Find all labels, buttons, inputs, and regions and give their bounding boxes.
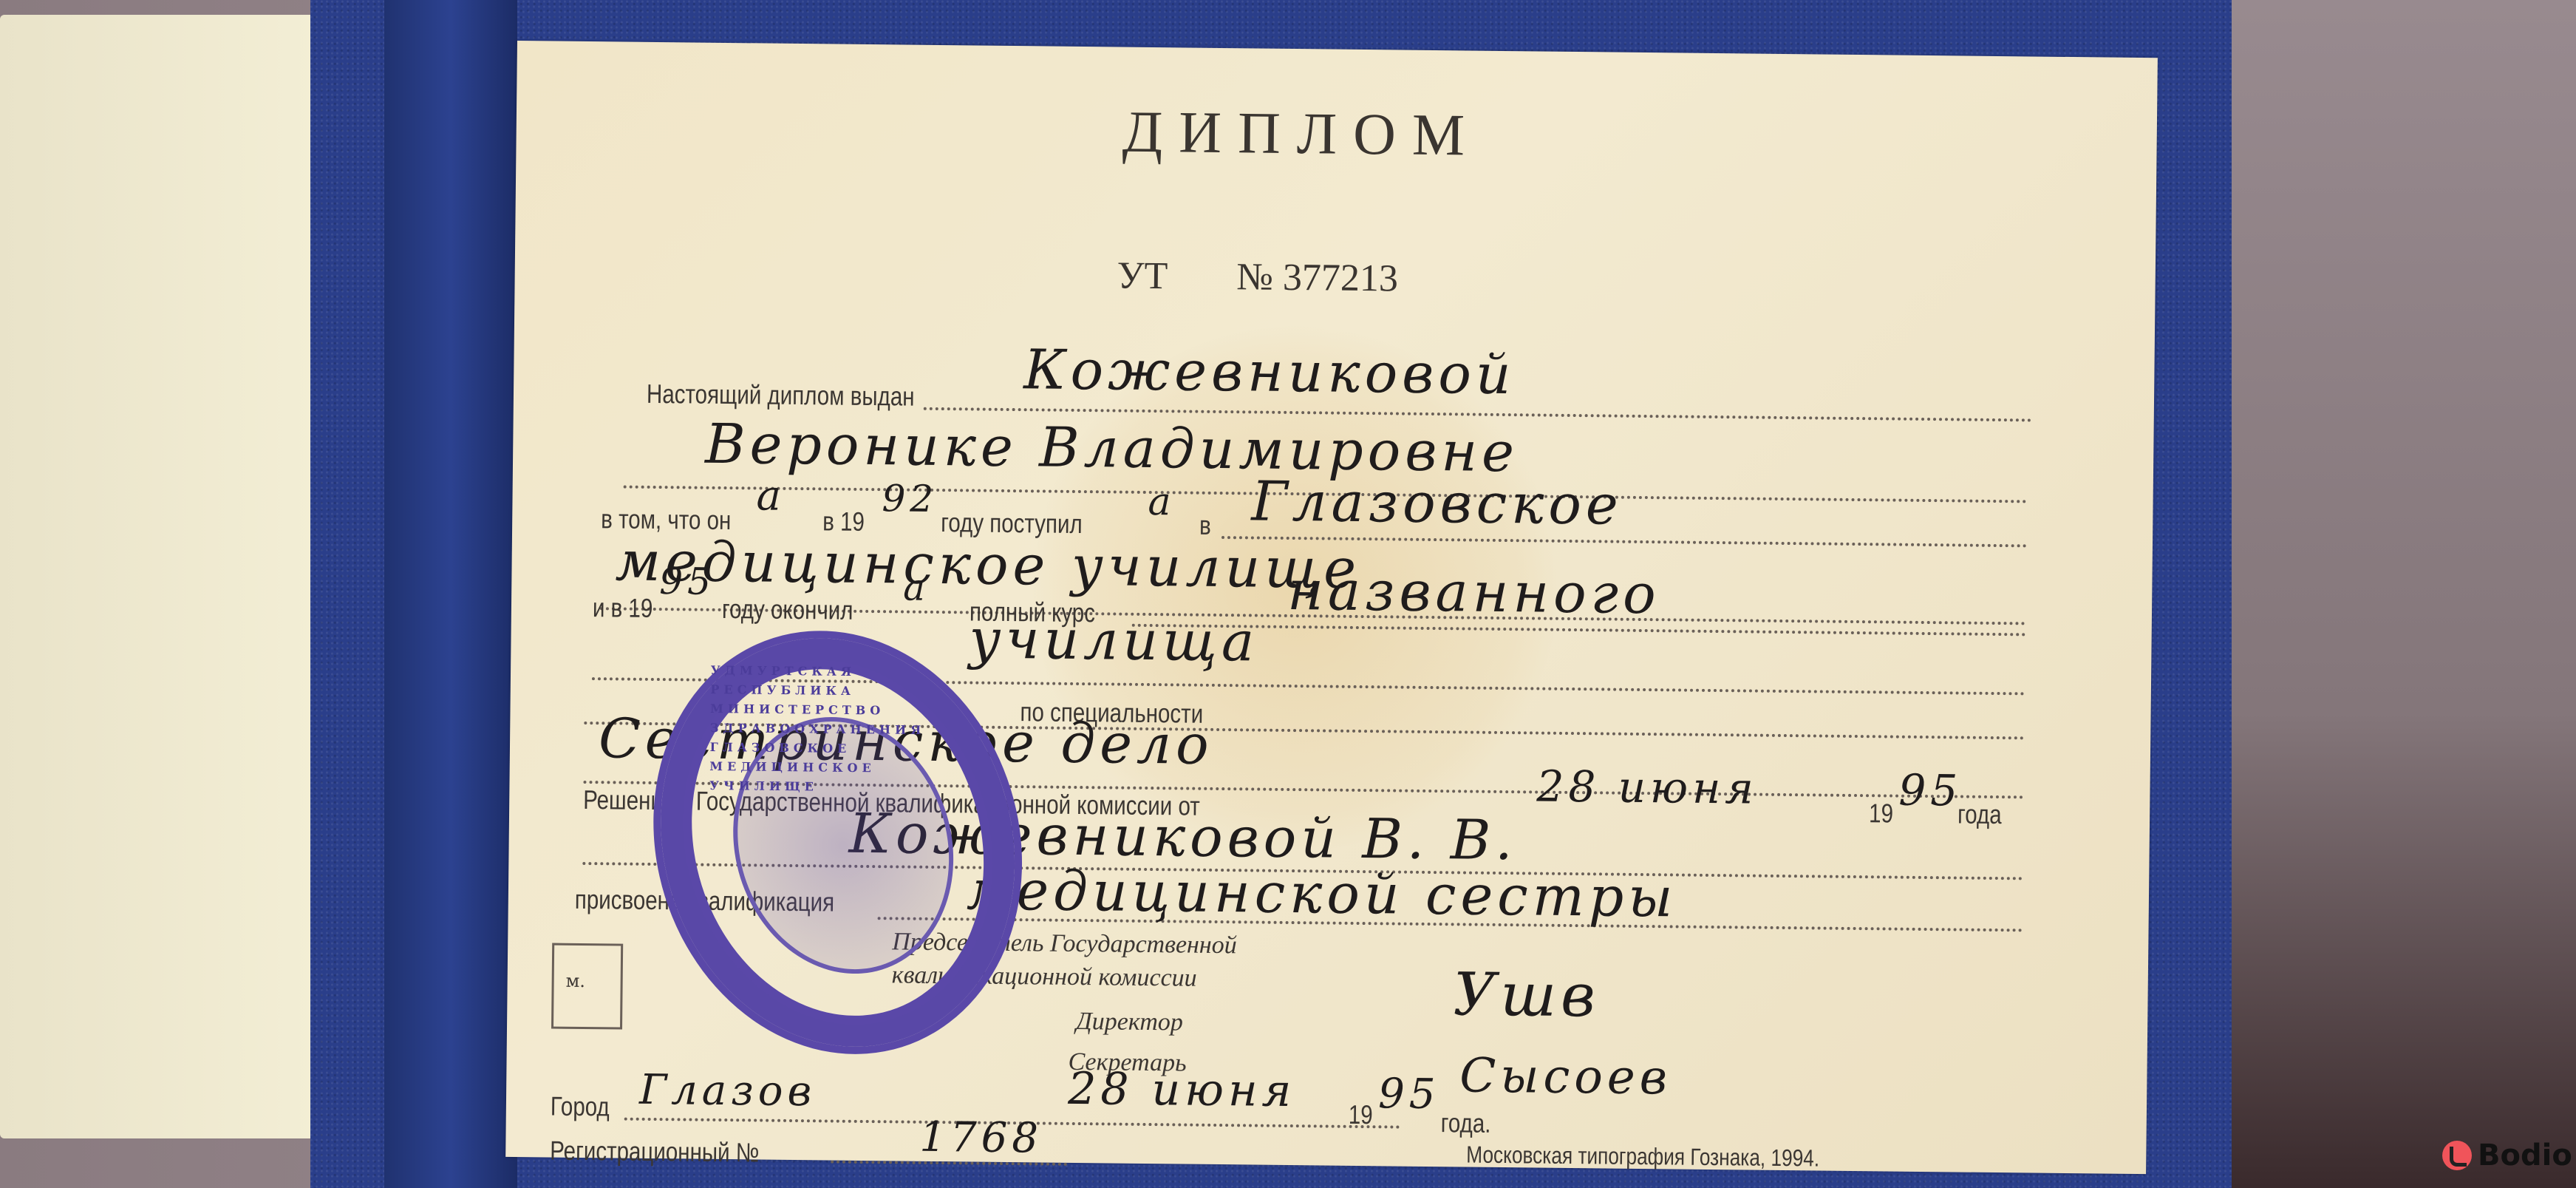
director-signature: Ушв	[1453, 960, 1600, 1030]
registration-label: Регистрационный №	[550, 1136, 760, 1169]
commission-year: 95	[1898, 765, 1963, 816]
handwritten-registration: 1768	[919, 1113, 1043, 1163]
left-inner-page	[0, 15, 347, 1138]
handwritten-date: 28 июня	[1068, 1063, 1296, 1117]
commission-year-prefix: 19	[1869, 798, 1893, 829]
handwritten-course-1: названного	[1287, 559, 1660, 626]
watermark-label: Bodio	[2478, 1138, 2572, 1172]
date-year: 95	[1378, 1070, 1440, 1119]
background-wall	[2180, 0, 2576, 1188]
entered-year: 92	[882, 477, 938, 520]
number-value: 377213	[1283, 257, 1399, 300]
issued-to-label: Настоящий диплом выдан	[647, 379, 915, 413]
handwritten-city: Глазов	[639, 1066, 817, 1116]
commission-year-suffix: года	[1957, 798, 2002, 830]
series: УТ	[1117, 255, 1168, 298]
handwritten-qualification: медицинской сестры	[967, 858, 1677, 929]
diploma-sheet: ДИПЛОМ УТ № 377213 Настоящий диплом выда…	[505, 41, 2158, 1174]
handwritten-course-2: училища	[969, 607, 1258, 673]
finished-suffix: а	[903, 566, 930, 609]
number-sign: №	[1236, 256, 1273, 299]
diploma-number: УТ № 377213	[1117, 254, 1398, 301]
city-label: Город	[551, 1091, 610, 1123]
date-suffix: года.	[1441, 1107, 1491, 1139]
printer-imprint: Московская типография Гознака, 1994.	[1466, 1141, 1819, 1172]
director-label: Директор	[1076, 1008, 1183, 1037]
handwritten-institution-2: медицинское училище	[615, 529, 1360, 601]
commission-date: 28 июня	[1536, 761, 1758, 814]
handwritten-institution-1: Глазовское	[1251, 469, 1623, 537]
secretary-signature: Сысоев	[1459, 1048, 1672, 1105]
bodio-logo-icon	[2442, 1141, 2472, 1170]
seal-place-box: м.	[551, 943, 623, 1030]
finished-label-2: году окончил	[722, 594, 853, 626]
entered-suffix-2: а	[1148, 480, 1176, 524]
seal-text: УДМУРТСКАЯ РЕСПУБЛИКА МИНИСТЕРСТВО ЗДРАВ…	[709, 661, 903, 798]
finished-label-1: и в 19	[593, 592, 653, 624]
bodio-watermark: Bodio	[2442, 1138, 2572, 1172]
handwritten-surname: Кожевниковой	[1023, 338, 1516, 407]
seal-box-label: м.	[566, 971, 586, 991]
diploma-title: ДИПЛОМ	[1122, 99, 1481, 170]
date-year-prefix: 19	[1349, 1099, 1373, 1130]
cover-spine	[384, 0, 517, 1188]
entered-suffix-1: а	[756, 472, 786, 520]
finished-year: 95	[659, 560, 715, 603]
